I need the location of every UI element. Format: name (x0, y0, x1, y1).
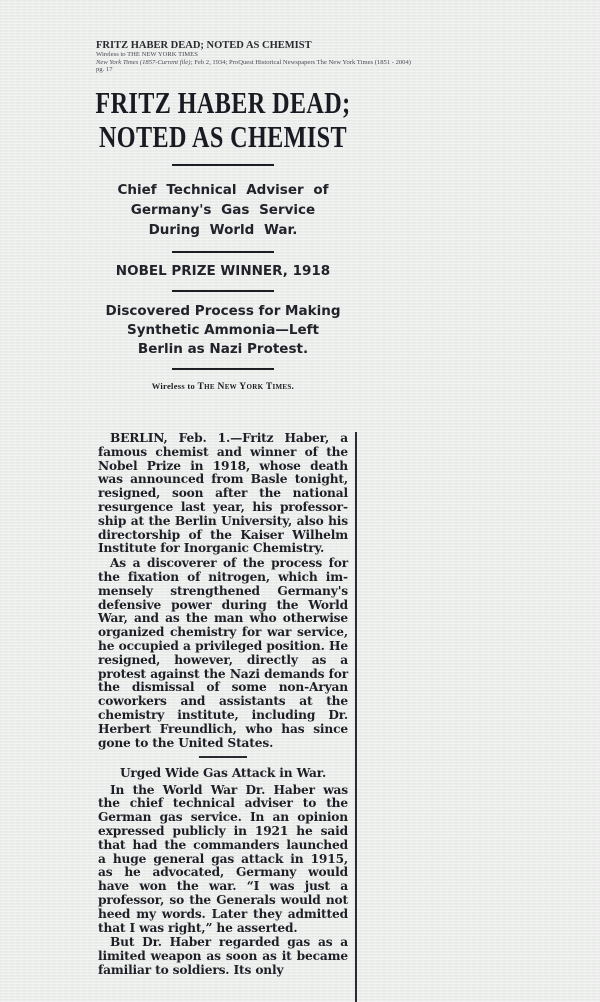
paragraph: As a discoverer of the process for the f… (98, 557, 348, 750)
divider-rule (172, 290, 274, 292)
citation-page: pg. 17 (96, 66, 526, 74)
divider-rule (172, 164, 274, 166)
wireless-prefix: Wireless to (152, 381, 198, 391)
deck-line: Synthetic Ammonia—Left (98, 321, 348, 340)
section-divider (199, 756, 247, 758)
wireless-paper-name: The New York Times. (198, 382, 295, 392)
deck-line: Chief Technical Adviser of (98, 180, 348, 200)
divider-rule (172, 251, 274, 253)
column-rule (355, 432, 357, 1002)
paragraph: But Dr. Haber regarded gas as a limited … (98, 936, 348, 977)
paragraph: BERLIN, Feb. 1.—Fritz Haber, a famous ch… (98, 432, 348, 556)
headline: FRITZ HABER DEAD; NOTED AS CHEMIST (94, 86, 351, 154)
deck-line: Berlin as Nazi Protest. (98, 340, 348, 359)
subhead: Urged Wide Gas Attack in War. (98, 767, 348, 781)
article-header: FRITZ HABER DEAD; NOTED AS CHEMIST Chief… (98, 86, 348, 392)
citation-byline: Wireless to THE NEW YORK TIMES (96, 51, 526, 59)
deck-line: Germany's Gas Service (98, 200, 348, 220)
article-body: BERLIN, Feb. 1.—Fritz Haber, a famous ch… (98, 432, 348, 978)
proquest-citation: FRITZ HABER DEAD; NOTED AS CHEMIST Wirel… (96, 40, 526, 74)
deck-technical-adviser: Chief Technical Adviser of Germany's Gas… (98, 180, 348, 240)
deck-synthetic-ammonia: Discovered Process for Making Synthetic … (98, 302, 348, 359)
headline-line-1: FRITZ HABER DEAD; (94, 86, 351, 120)
wireless-credit: Wireless to The New York Times. (98, 381, 348, 392)
headline-line-2: NOTED AS CHEMIST (94, 120, 351, 154)
deck-line: Discovered Process for Making (98, 302, 348, 321)
deck-nobel-prize: NOBEL PRIZE WINNER, 1918 (98, 262, 348, 280)
divider-rule (172, 368, 274, 370)
citation-source-details: Feb 2, 1934; ProQuest Historical Newspap… (193, 59, 411, 66)
citation-title: FRITZ HABER DEAD; NOTED AS CHEMIST (96, 40, 526, 51)
paragraph: In the World War Dr. Haber was the chief… (98, 784, 348, 936)
deck-line: During World War. (98, 220, 348, 240)
citation-source-publication: New York Times (1857-Current file); (96, 59, 193, 66)
citation-source: New York Times (1857-Current file); Feb … (96, 59, 526, 67)
